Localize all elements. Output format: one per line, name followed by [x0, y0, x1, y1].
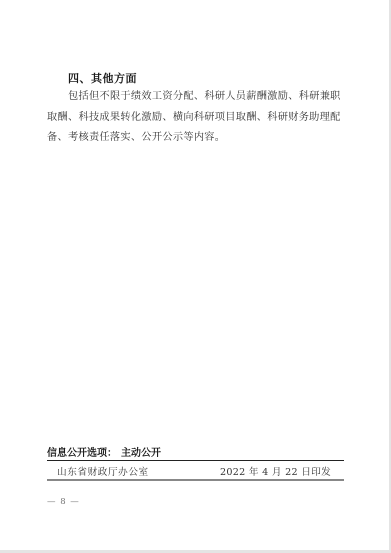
- section-heading: 四、其他方面: [68, 70, 137, 86]
- paragraph-line-2: 取酬、科技成果转化激励、横向科研项目取酬、科研财务助理配: [47, 111, 341, 125]
- disclosure-option: 信息公开选项：主动公开: [47, 444, 161, 459]
- issue-date: 2022 年 4 月 22 日印发: [220, 464, 331, 478]
- paragraph-line-3: 备、考核责任落实、公开公示等内容。: [47, 131, 225, 145]
- footer-rule-top: [47, 460, 344, 461]
- footer-rule-bottom: [47, 479, 344, 481]
- page-number: — 8 —: [47, 497, 80, 507]
- paragraph-line-1: 包括但不限于绩效工资分配、科研人员薪酬激励、科研兼职: [68, 90, 341, 104]
- disclosure-value: 主动公开: [121, 448, 161, 459]
- issuer-name: 山东省财政厅办公室: [57, 464, 149, 478]
- document-page: 四、其他方面 包括但不限于绩效工资分配、科研人员薪酬激励、科研兼职 取酬、科技成…: [0, 0, 389, 550]
- disclosure-label: 信息公开选项：: [47, 448, 117, 459]
